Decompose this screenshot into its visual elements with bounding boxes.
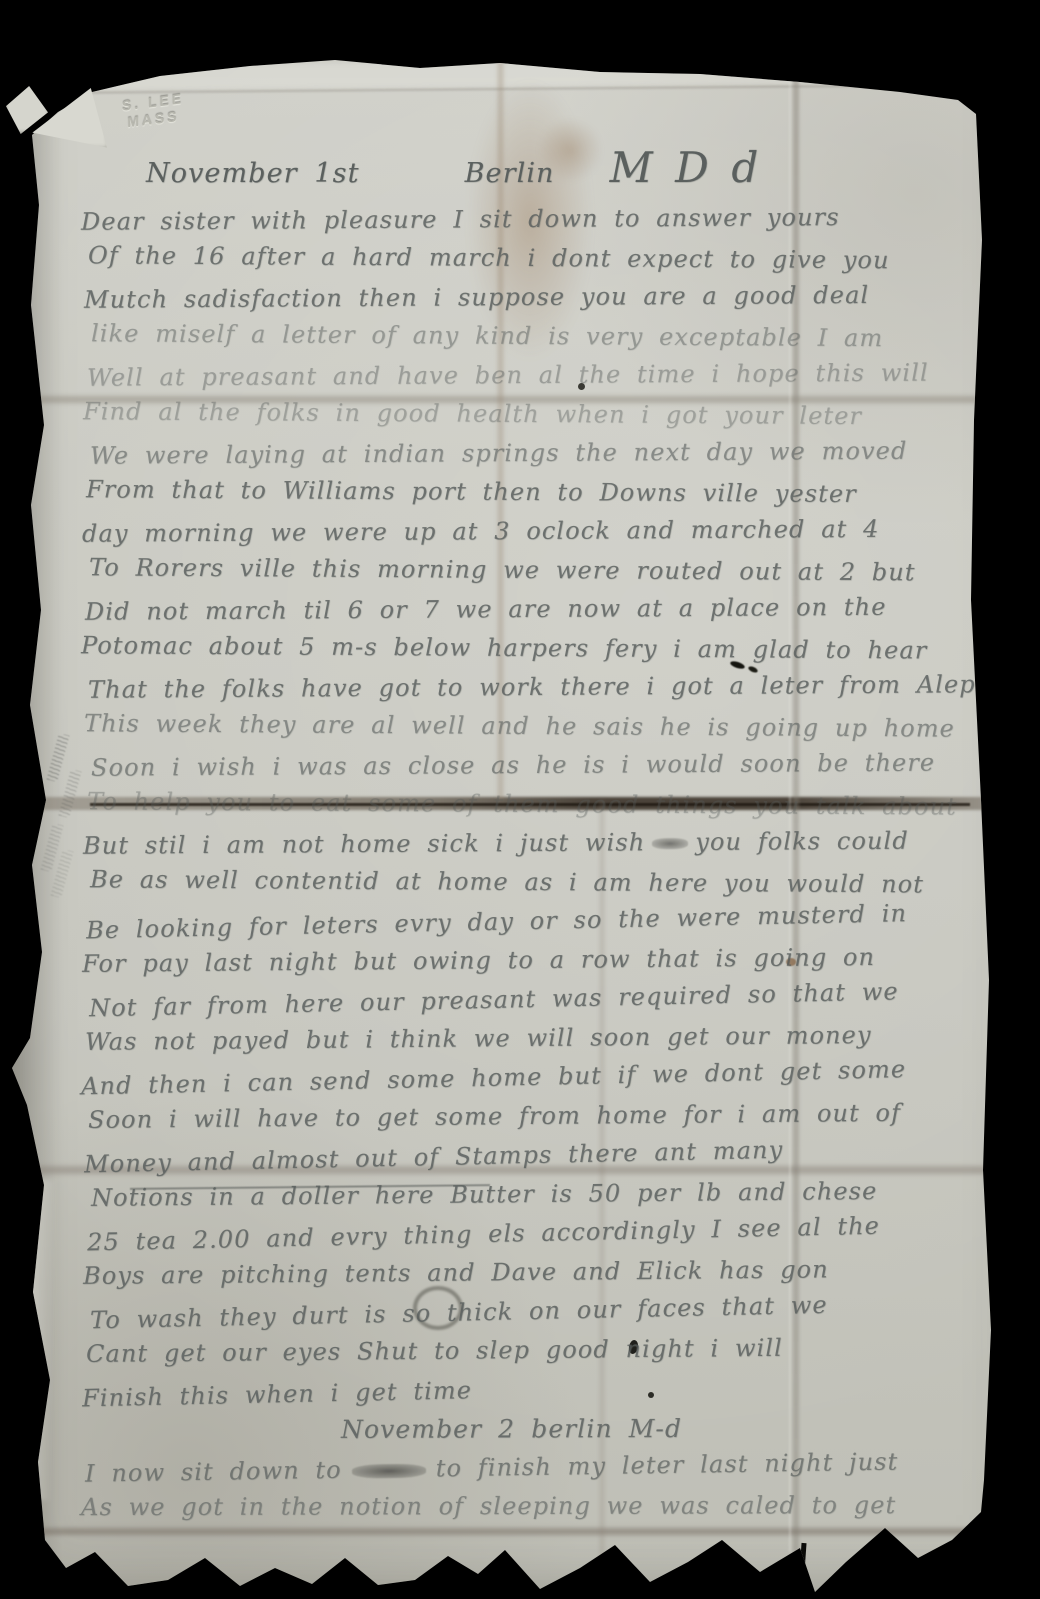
letter-line: We were laying at indian springs the nex… <box>90 431 978 475</box>
letter-line: like miself a letter of any kind is very… <box>91 314 978 358</box>
letter-line: To Rorers ville this morning we were rou… <box>89 548 978 592</box>
scan-background: S. LEE MASS November 1stBerlinM D d Dear… <box>0 0 1040 1599</box>
letter-line: This week they are al well and he sais h… <box>84 704 978 748</box>
margin-pencil-note <box>40 823 63 872</box>
letter-line: That the folks have got to work there i … <box>88 665 978 709</box>
letter-line: Of the 16 after a hard march i dont expe… <box>88 236 978 280</box>
edge-curl-highlight <box>25 1180 57 1500</box>
letter-line: To help you to eat some of them good thi… <box>87 782 978 826</box>
letter-line: Soon i wish i was as close as he is i wo… <box>91 743 978 787</box>
letter-line-text: to finish my leter last night just <box>435 1448 898 1483</box>
letter-line: Mutch sadisfaction then i suppose you ar… <box>84 275 978 319</box>
scratched-out-word <box>352 1463 426 1478</box>
margin-pencil-note <box>46 733 69 782</box>
margin-pencil-note <box>50 849 73 898</box>
letter-line: day morning we were up at 3 oclock and m… <box>82 509 978 553</box>
edge-tear <box>798 1543 806 1587</box>
letter-line-text: you folks could <box>695 827 909 856</box>
top-fold-strip <box>45 58 970 90</box>
letter-line-text: But stil i am not home sick i just wish <box>83 828 645 859</box>
letter-paper: S. LEE MASS November 1stBerlinM D d Dear… <box>0 0 1040 1599</box>
letter-text: November 1stBerlinM D d Dear sister with… <box>86 148 978 1526</box>
scratched-out-word <box>652 838 688 849</box>
letter-line: Dear sister with pleasure I sit down to … <box>81 197 978 241</box>
dateline-date: November 1st <box>146 158 360 189</box>
letter-dateline: November 1stBerlinM D d <box>86 148 978 200</box>
letter-line: Find al the folks in good health when i … <box>83 392 978 436</box>
embossed-stationery-stamp: S. LEE MASS <box>122 90 184 132</box>
dateline-place: Berlin <box>465 158 555 189</box>
letter-line: But stil i am not home sick i just wishy… <box>83 821 978 865</box>
letter-line-text: I now sit down to <box>85 1456 342 1488</box>
margin-pencil-note <box>58 769 81 818</box>
letter-line: Potomac about 5 m-s below harpers fery i… <box>81 626 978 670</box>
letter-line: As we got in the notion of sleeping we w… <box>81 1486 978 1527</box>
letter-line: Did not march til 6 or 7 we are now at a… <box>85 587 978 631</box>
letter-line: From that to Williams port then to Downs… <box>86 470 978 514</box>
horizontal-fold-line <box>35 1528 995 1535</box>
dateline-state: M D d <box>610 143 760 192</box>
letter-line: Well at preasant and have ben al the tim… <box>87 353 978 397</box>
letter-body: Dear sister with pleasure I sit down to … <box>86 200 978 1526</box>
